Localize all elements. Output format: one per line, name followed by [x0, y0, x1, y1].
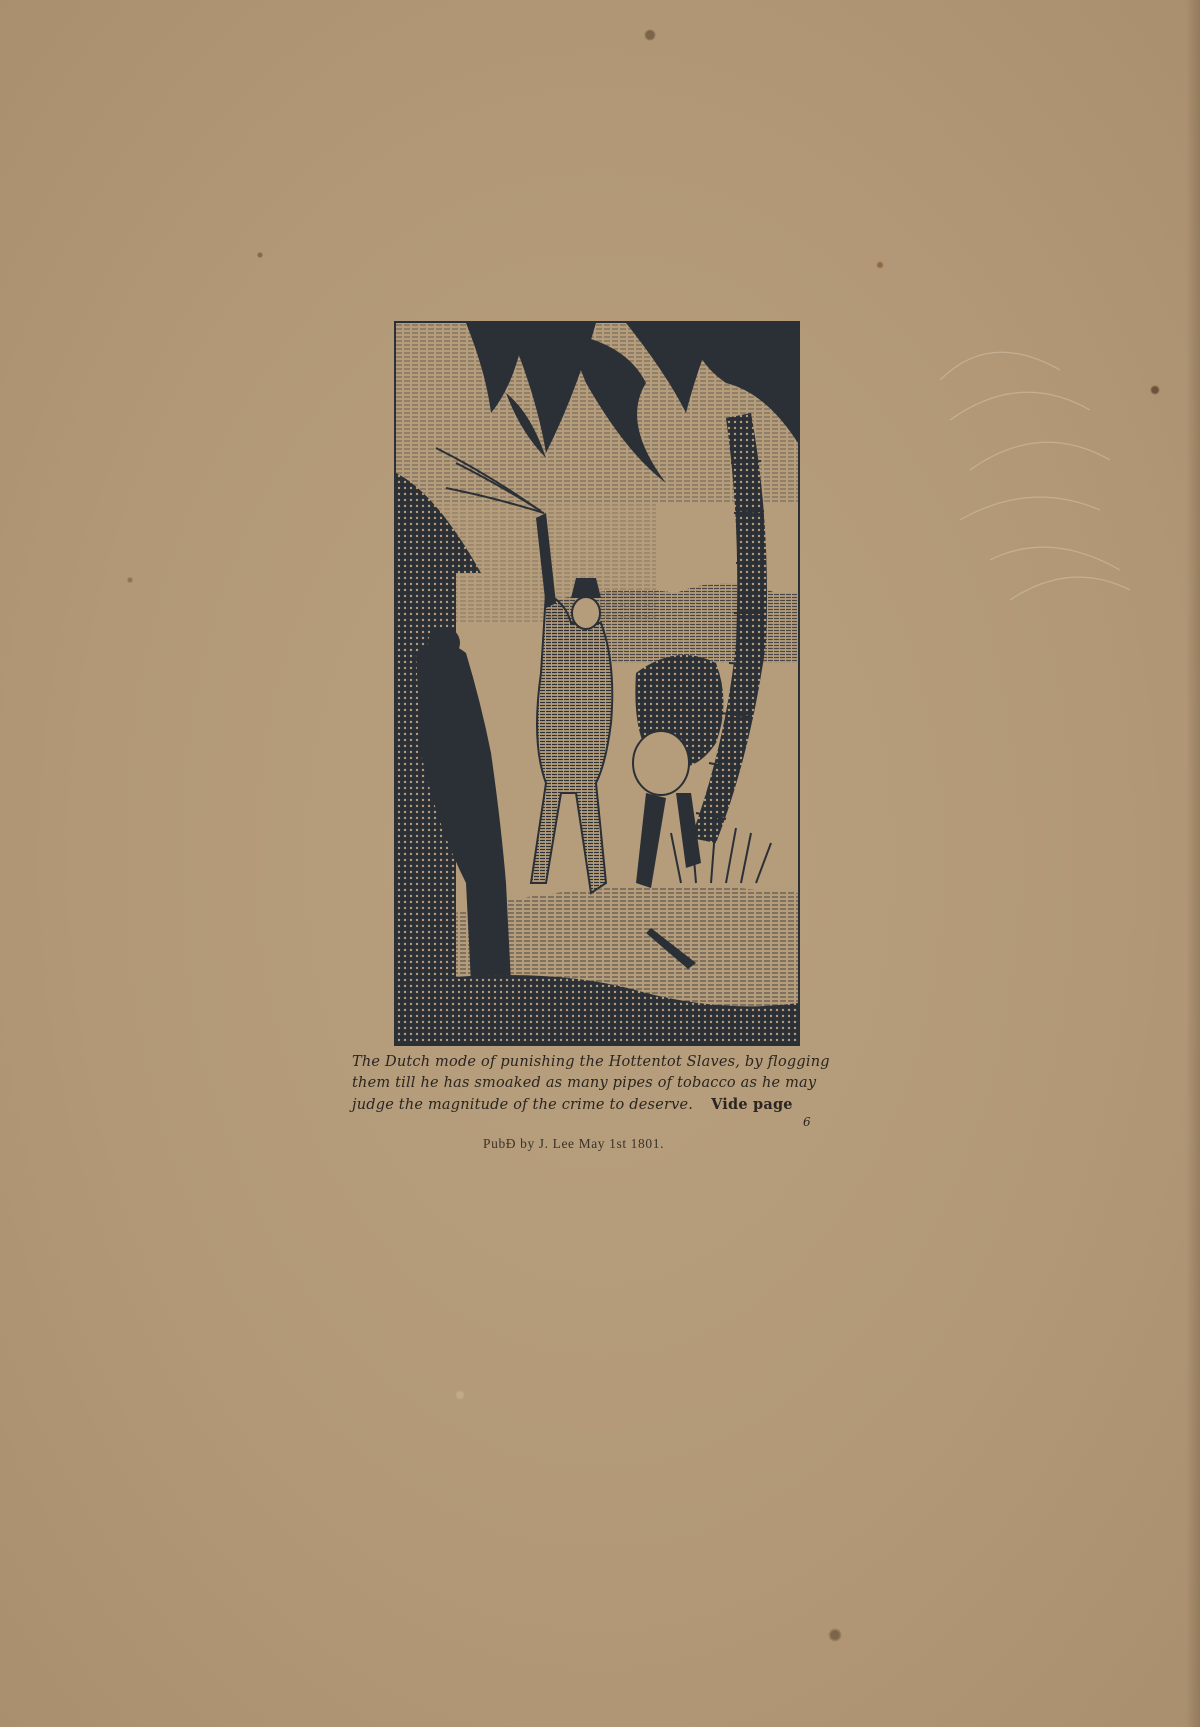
caption-page-number: 6 — [803, 1115, 811, 1129]
caption-line-1: The Dutch mode of punishing the Hottento… — [352, 1052, 862, 1073]
paper-page: The Dutch mode of punishing the Hottento… — [0, 0, 1200, 1727]
caption-line-2: them till he has smoaked as many pipes o… — [352, 1073, 862, 1094]
engraving-illustration — [394, 321, 800, 1046]
caption-page-reference: Vide page — [711, 1096, 793, 1113]
paper-fiber-marks — [930, 180, 1150, 640]
publisher-line: PubÐ by J. Lee May 1st 1801. — [483, 1136, 664, 1152]
caption-line-3-text: judge the magnitude of the crime to dese… — [352, 1097, 693, 1113]
page-edge-shadow — [1186, 0, 1200, 1727]
engraving-caption: The Dutch mode of punishing the Hottento… — [352, 1052, 862, 1116]
caption-line-3: judge the magnitude of the crime to dese… — [352, 1094, 862, 1116]
engraving-artwork — [396, 323, 798, 1044]
